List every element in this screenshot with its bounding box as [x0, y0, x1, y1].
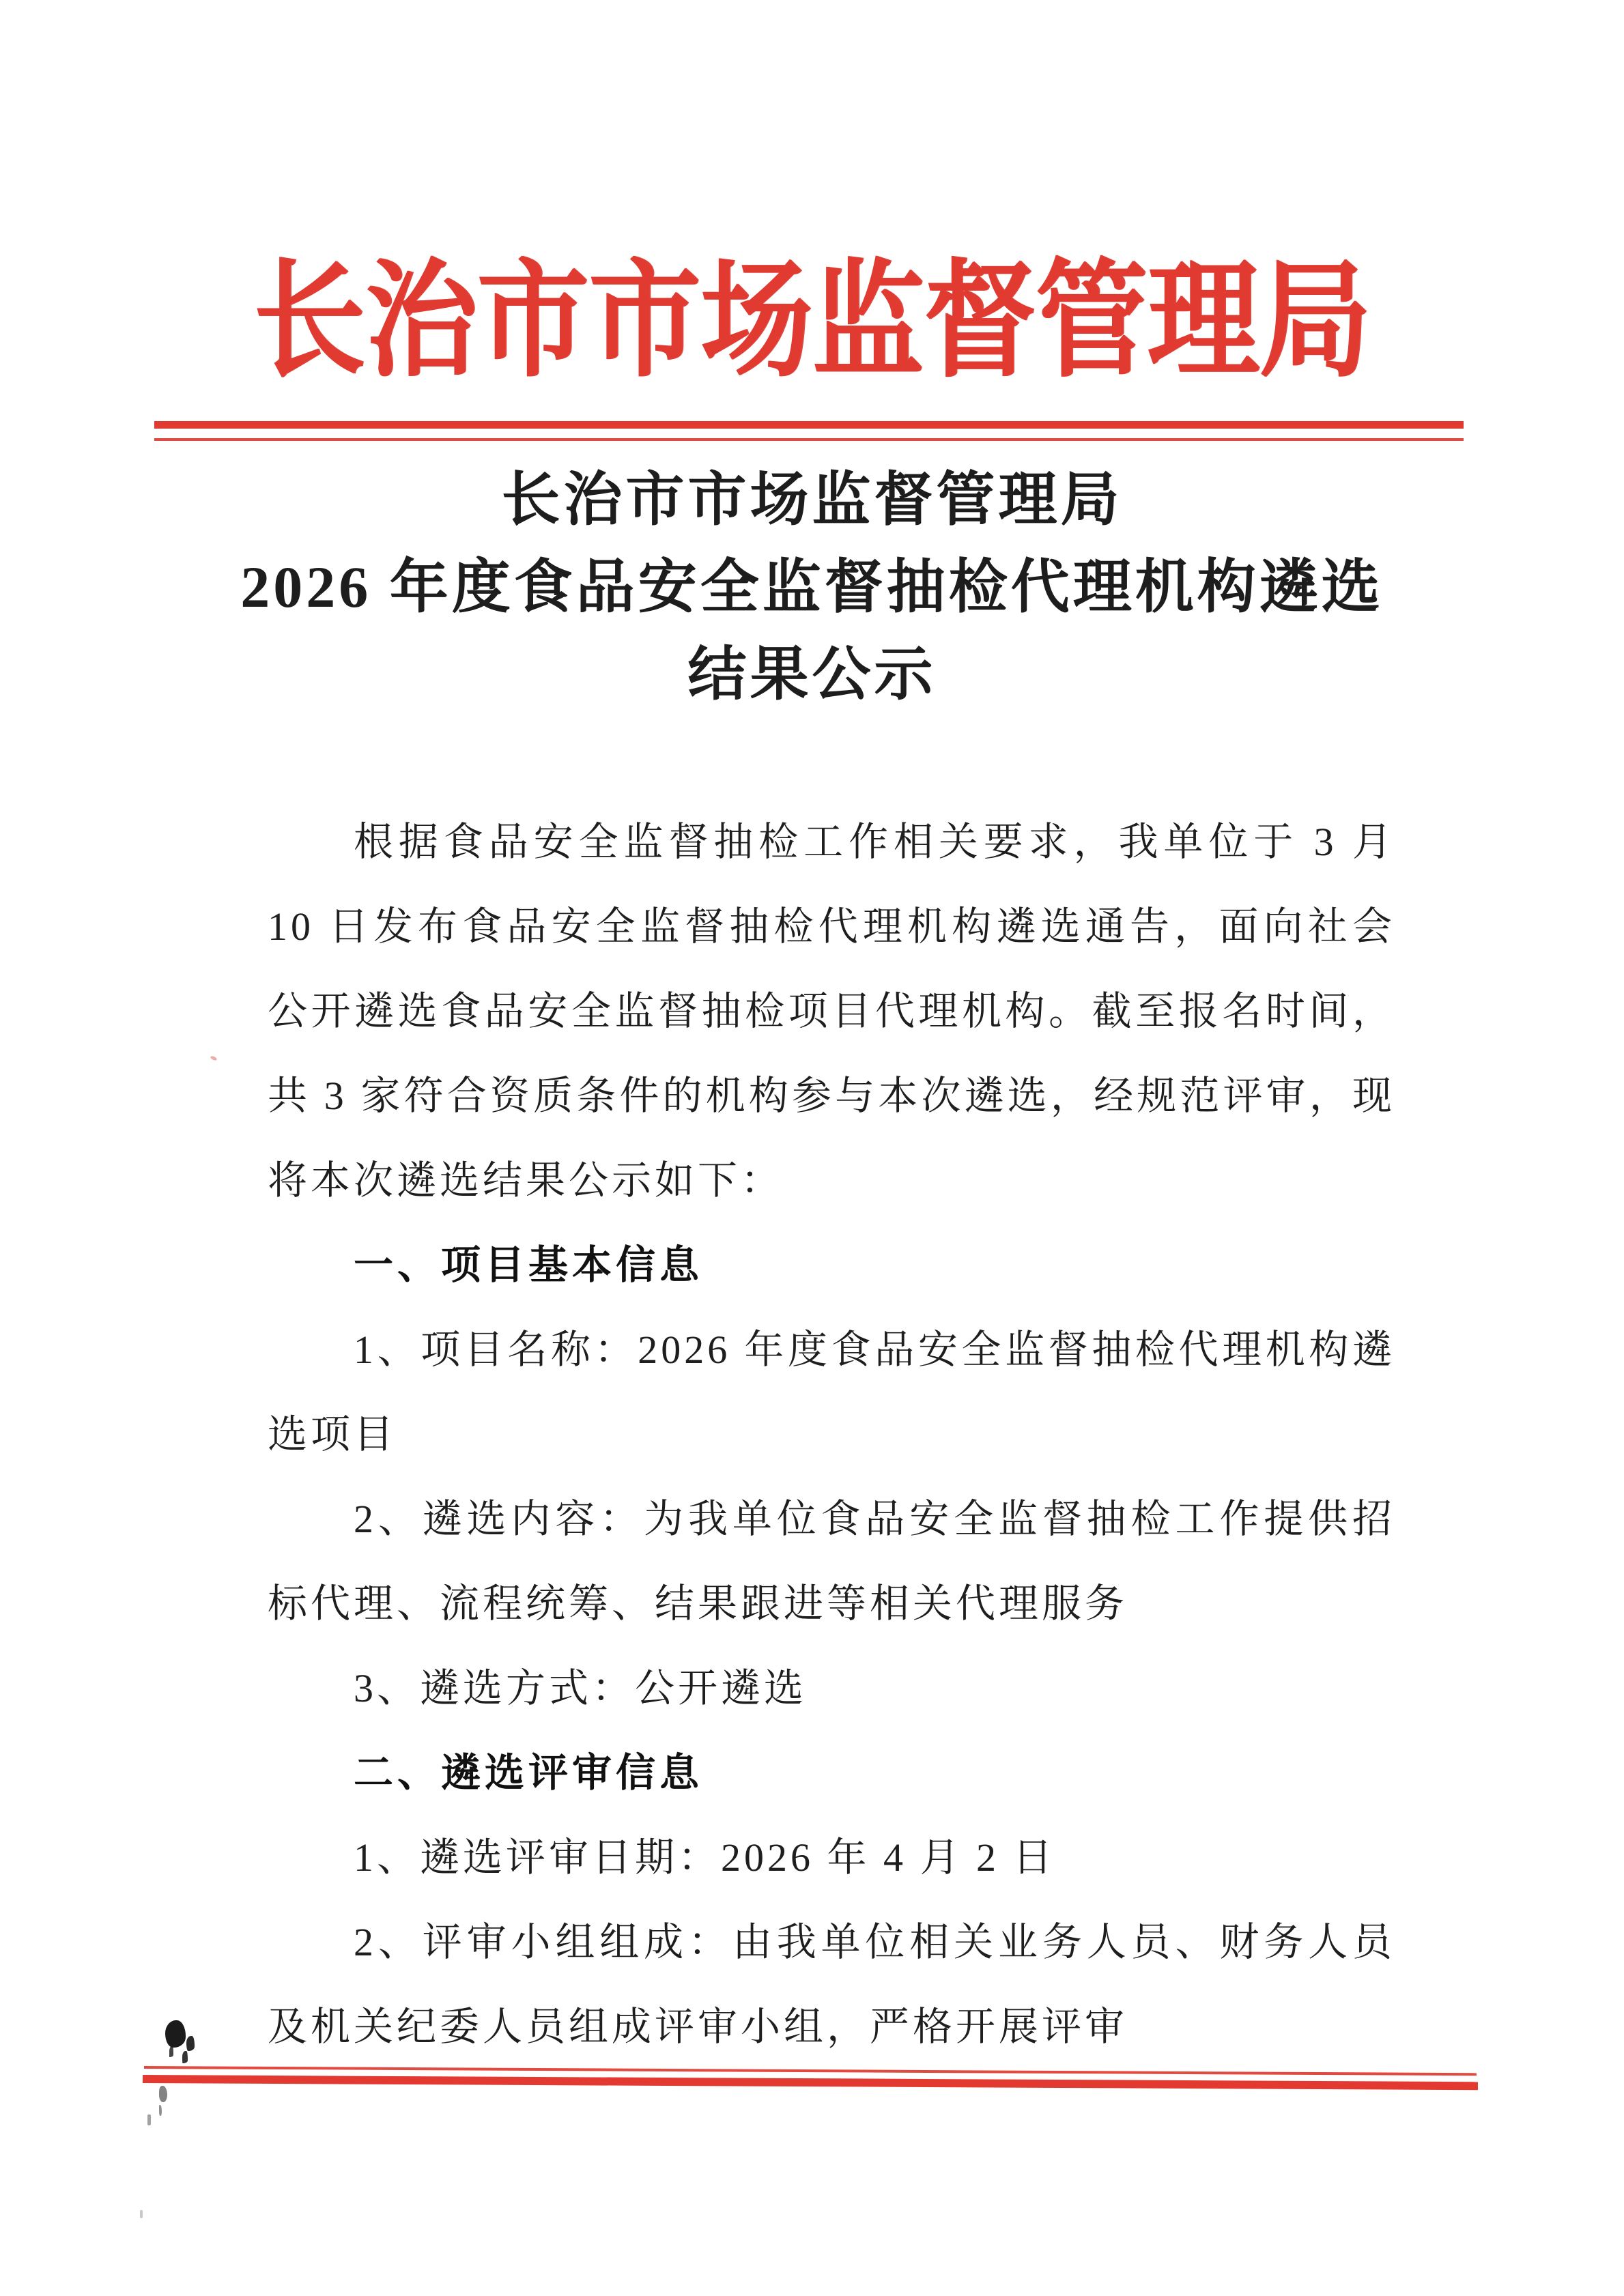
ink-speck-mid: [159, 2086, 167, 2102]
body-paragraph: 1、遴选评审日期：2026 年 4 月 2 日: [268, 1816, 1395, 1900]
body-paragraph: 根据食品安全监督抽检工作相关要求，我单位于 3 月 10 日发布食品安全监督抽检…: [268, 800, 1395, 1223]
body-paragraph: 1、项目名称：2026 年度食品安全监督抽检代理机构遴选项目: [268, 1308, 1395, 1477]
title-line-2: 2026 年度食品安全监督抽检代理机构遴选: [0, 543, 1624, 631]
title-line-3: 结果公示: [0, 631, 1624, 718]
ink-speck-faint: [140, 2210, 143, 2218]
ink-speck-blob: [165, 2020, 186, 2048]
letterhead-rule-thin: [154, 438, 1464, 441]
footer-rule-thick: [143, 2075, 1478, 2090]
section-heading: 二、遴选评审信息: [268, 1731, 1395, 1816]
ink-speck-red: [210, 1055, 217, 1061]
document-title: 长治市市场监督管理局 2026 年度食品安全监督抽检代理机构遴选 结果公示: [0, 456, 1624, 718]
body-paragraph: 3、遴选方式：公开遴选: [268, 1646, 1395, 1731]
document-body: 根据食品安全监督抽检工作相关要求，我单位于 3 月 10 日发布食品安全监督抽检…: [268, 800, 1395, 2069]
body-paragraph: 2、遴选内容：为我单位食品安全监督抽检工作提供招标代理、流程统筹、结果跟进等相关…: [268, 1477, 1395, 1646]
ink-speck-small: [147, 2114, 151, 2125]
scanned-document-page: 长治市市场监督管理局 长治市市场监督管理局 2026 年度食品安全监督抽检代理机…: [0, 0, 1624, 2296]
section-heading: 一、项目基本信息: [268, 1223, 1395, 1308]
body-paragraph: 2、评审小组组成：由我单位相关业务人员、财务人员及机关纪委人员组成评审小组，严格…: [268, 1900, 1395, 2069]
letterhead-agency-name: 长治市市场监督管理局: [98, 254, 1527, 390]
letterhead-rule-thick: [154, 421, 1464, 429]
title-line-1: 长治市市场监督管理局: [0, 456, 1624, 543]
